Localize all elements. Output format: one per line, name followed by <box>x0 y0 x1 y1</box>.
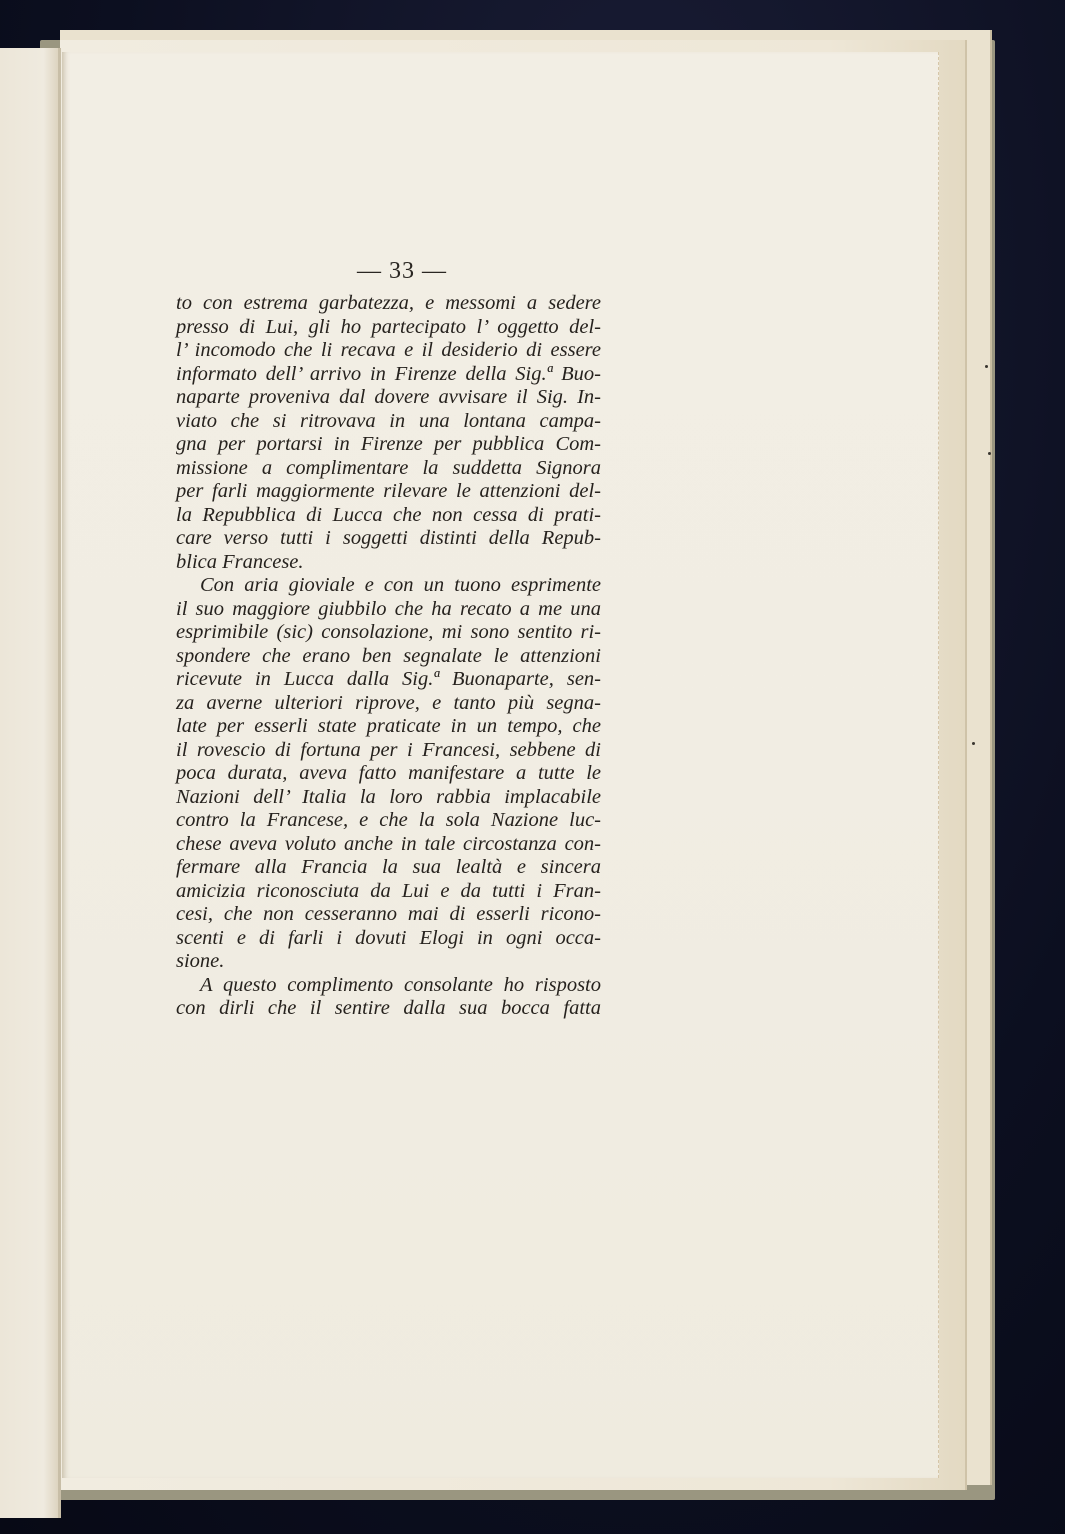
text-line: to con estrema garbatezza, e messomi a s… <box>176 292 601 316</box>
text-line: presso di Lui, gli ho partecipato l’ ogg… <box>176 316 601 340</box>
text-line: scenti e di farli i dovuti Elogi in ogni… <box>176 927 601 951</box>
paper-speck <box>988 452 991 455</box>
page-number: — 33 — <box>322 258 482 285</box>
text-line: per farli maggiormente rilevare le atten… <box>176 480 601 504</box>
text-line: esprimibile (sic) consolazione, mi sono … <box>176 621 601 645</box>
text-line: za averne ulteriori riprove, e tanto più… <box>176 692 601 716</box>
text-line: amicizia riconosciuta da Lui e da tutti … <box>176 880 601 904</box>
text-line: l’ incomodo che li recava e il desiderio… <box>176 339 601 363</box>
paper-speck <box>985 365 988 368</box>
paragraph-start-line: Con aria gioviale e con un tuono esprime… <box>176 574 601 598</box>
text-line: late per esserli state praticate in un t… <box>176 715 601 739</box>
text-line: il rovescio di fortuna per i Francesi, s… <box>176 739 601 763</box>
paragraph-start-line: A questo complimento consolante ho rispo… <box>176 974 601 998</box>
text-line: Nazioni dell’ Italia la loro rabbia impl… <box>176 786 601 810</box>
text-line: spondere che erano ben segnalate le atte… <box>176 645 601 669</box>
text-line: il suo maggiore giubbilo che ha recato a… <box>176 598 601 622</box>
text-line: informato dell’ arrivo in Firenze della … <box>176 363 601 387</box>
text-line: sione. <box>176 950 601 974</box>
paper-speck <box>972 742 975 745</box>
text-line: care verso tutti i soggetti distinti del… <box>176 527 601 551</box>
text-line: ricevute in Lucca dalla Sig.ª Buonaparte… <box>176 668 601 692</box>
text-line: cesi, che non cesseranno mai di esserli … <box>176 903 601 927</box>
text-line: gna per portarsi in Firenze per pubblica… <box>176 433 601 457</box>
text-line: fermare alla Francia la sua lealtà e sin… <box>176 856 601 880</box>
text-line: naparte proveniva dal dovere avvisare il… <box>176 386 601 410</box>
text-line: contro la Francese, e che la sola Nazion… <box>176 809 601 833</box>
text-line: con dirli che il sentire dalla sua bocca… <box>176 997 601 1021</box>
text-line: blica Francese. <box>176 551 601 575</box>
body-text: to con estrema garbatezza, e messomi a s… <box>176 292 601 1021</box>
text-line: chese aveva voluto anche in tale circost… <box>176 833 601 857</box>
text-line: poca durata, aveva fatto manifestare a t… <box>176 762 601 786</box>
text-line: missione a complimentare la suddetta Sig… <box>176 457 601 481</box>
left-page-edge <box>0 48 61 1518</box>
text-line: la Repubblica di Lucca che non cessa di … <box>176 504 601 528</box>
text-line: viato che si ritrovava in una lontana ca… <box>176 410 601 434</box>
